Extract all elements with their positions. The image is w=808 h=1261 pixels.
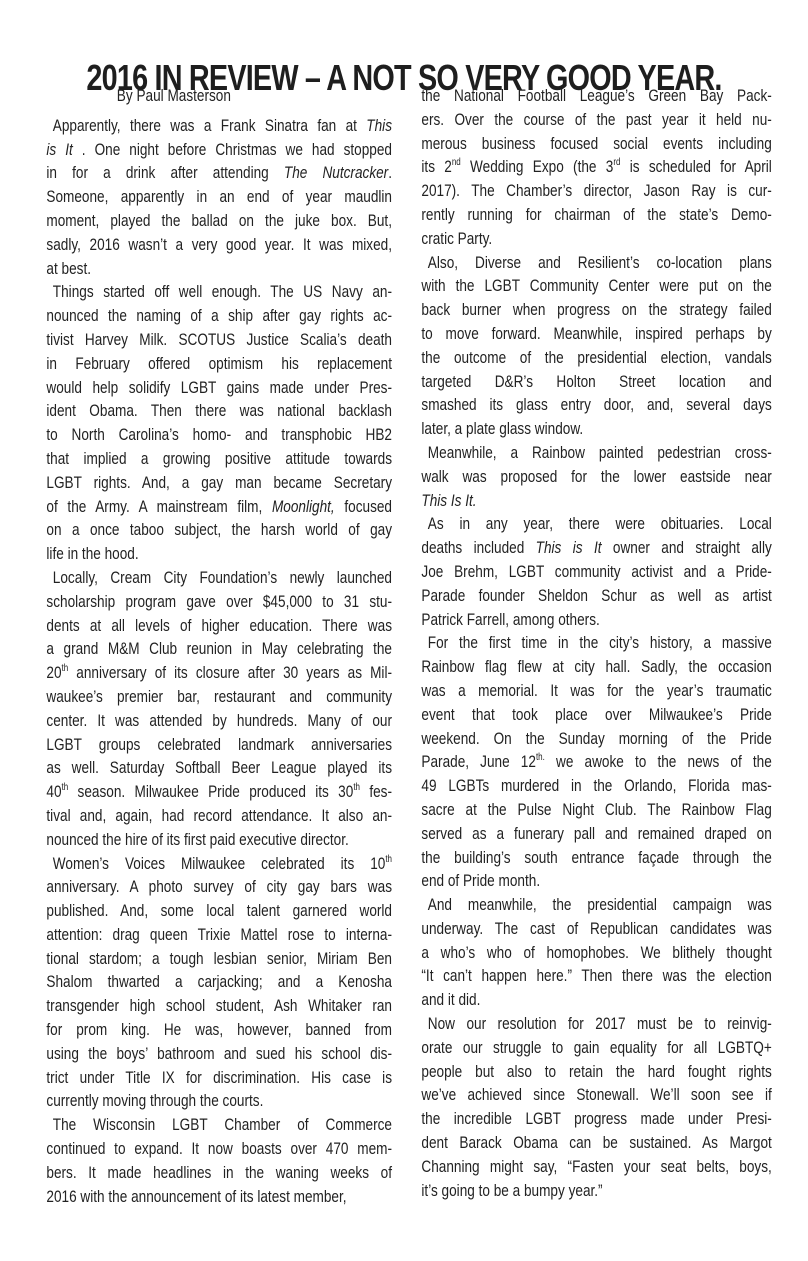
text-line: For the first time in the city’s history… xyxy=(415,631,772,655)
text-line: attention: drag queen Trixie Mattel rose… xyxy=(40,923,392,947)
text-line: walk was proposed for the lower eastside… xyxy=(415,465,772,489)
text-line: it’s going to be a bumpy year.” xyxy=(415,1179,772,1203)
text-line: and it did. xyxy=(415,988,772,1012)
article-column-left: By Paul Masterson Apparently, there was … xyxy=(40,84,392,1208)
text-line: at best. xyxy=(40,257,392,281)
text-line: rently running for chairman of the state… xyxy=(415,203,772,227)
left-paragraphs: Apparently, there was a Frank Sinatra fa… xyxy=(40,114,392,1209)
paragraph: Things started off well enough. The US N… xyxy=(40,280,392,566)
text-line: deaths included This is It owner and str… xyxy=(415,536,772,560)
text-line: And meanwhile, the presidential campaign… xyxy=(415,893,772,917)
text-line: people but also to retain the hard fough… xyxy=(415,1060,772,1084)
text-line: Things started off well enough. The US N… xyxy=(40,280,392,304)
paragraph: Now our resolution for 2017 must be to r… xyxy=(415,1012,772,1202)
text-line: underway. The cast of Republican candida… xyxy=(415,917,772,941)
text-line: waukee’s premier bar, restaurant and com… xyxy=(40,685,392,709)
text-line: scholarship program gave over $45,000 to… xyxy=(40,590,392,614)
text-line: As in any year, there were obituaries. L… xyxy=(415,512,772,536)
text-line: anniversary. A photo survey of city gay … xyxy=(40,875,392,899)
text-line: LGBT groups celebrated landmark annivers… xyxy=(40,733,392,757)
text-line: Rainbow flag flew at city hall. Sadly, t… xyxy=(415,655,772,679)
text-line: 40th season. Milwaukee Pride produced it… xyxy=(40,780,392,804)
text-line: 49 LGBTs murdered in the Orlando, Florid… xyxy=(415,774,772,798)
text-line: with the LGBT Community Center were put … xyxy=(415,274,772,298)
text-line: Joe Brehm, LGBT community activist and a… xyxy=(415,560,772,584)
text-line: LGBT rights. And, a gay man became Secre… xyxy=(40,471,392,495)
text-line: served as a funerary pall and remained d… xyxy=(415,822,772,846)
text-line: was a memorial. It was for the year’s tr… xyxy=(415,679,772,703)
text-line: currently moving through the courts. xyxy=(40,1089,392,1113)
text-line: a who’s who of homophobes. We blithely t… xyxy=(415,941,772,965)
text-line: to North Carolina’s homo- and transphobi… xyxy=(40,423,392,447)
text-line: nounced the hire of its first paid execu… xyxy=(40,828,392,852)
text-line: weekend. On the Sunday morning of the Pr… xyxy=(415,727,772,751)
text-line: Shalom thwarted a carjacking; and a Keno… xyxy=(40,970,392,994)
paragraph: Apparently, there was a Frank Sinatra fa… xyxy=(40,114,392,281)
text-line: sacre at the Pulse Night Club. The Rainb… xyxy=(415,798,772,822)
paragraph: Women’s Voices Milwaukee celebrated its … xyxy=(40,852,392,1114)
text-line: 2017). The Chamber’s director, Jason Ray… xyxy=(415,179,772,203)
text-line: life in the hood. xyxy=(40,542,392,566)
text-line: Apparently, there was a Frank Sinatra fa… xyxy=(40,114,392,138)
text-line: in February offered optimism his replace… xyxy=(40,352,392,376)
text-line: tival and, again, had record attendance.… xyxy=(40,804,392,828)
text-line: we’ve achieved since Stonewall. We’ll so… xyxy=(415,1083,772,1107)
text-line: trict under Title IX for discrimination.… xyxy=(40,1066,392,1090)
text-line: a grand M&M Club reunion in May celebrat… xyxy=(40,637,392,661)
text-line: merous business focused social events in… xyxy=(415,132,772,156)
text-line: Locally, Cream City Foundation’s newly l… xyxy=(40,566,392,590)
text-line: back burner when progress on the strateg… xyxy=(415,298,772,322)
text-line: its 2nd Wedding Expo (the 3rd is schedul… xyxy=(415,155,772,179)
paragraph: As in any year, there were obituaries. L… xyxy=(415,512,772,631)
text-line: the building’s south entrance façade thr… xyxy=(415,846,772,870)
paragraph: Also, Diverse and Resilient’s co-locatio… xyxy=(415,251,772,441)
text-line: Women’s Voices Milwaukee celebrated its … xyxy=(40,852,392,876)
text-line: end of Pride month. xyxy=(415,869,772,893)
text-line: later, a plate glass window. xyxy=(415,417,772,441)
text-line: Meanwhile, a Rainbow painted pedestrian … xyxy=(415,441,772,465)
text-line: Parade, June 12th. we awoke to the news … xyxy=(415,750,772,774)
text-line: dent Barack Obama can be sustained. As M… xyxy=(415,1131,772,1155)
text-line: center. It was attended by hundreds. Man… xyxy=(40,709,392,733)
paragraph: For the first time in the city’s history… xyxy=(415,631,772,893)
paragraph: And meanwhile, the presidential campaign… xyxy=(415,893,772,1012)
text-line: Now our resolution for 2017 must be to r… xyxy=(415,1012,772,1036)
text-line: cratic Party. xyxy=(415,227,772,251)
paragraph: the National Football League’s Green Bay… xyxy=(415,84,772,251)
text-line: on a once taboo subject, the harsh world… xyxy=(40,518,392,542)
text-line: orate our struggle to gain equality for … xyxy=(415,1036,772,1060)
paragraph: The Wisconsin LGBT Chamber of Commerceco… xyxy=(40,1113,392,1208)
text-line: event that took place over Milwaukee’s P… xyxy=(415,703,772,727)
text-line: the outcome of the presidential election… xyxy=(415,346,772,370)
text-line: targeted D&R’s Holton Street location an… xyxy=(415,370,772,394)
text-line: the National Football League’s Green Bay… xyxy=(415,84,772,108)
text-line: smashed its glass entry door, and, sever… xyxy=(415,393,772,417)
text-line: Channing might say, “Fasten your seat be… xyxy=(415,1155,772,1179)
text-line: published. And, some local talent garner… xyxy=(40,899,392,923)
text-line: tional stardom; a tough lesbian senior, … xyxy=(40,947,392,971)
text-line: Someone, apparently in an end of year ma… xyxy=(40,185,392,209)
text-line: of the Army. A mainstream film, Moonligh… xyxy=(40,495,392,519)
text-line: 20th anniversary of its closure after 30… xyxy=(40,661,392,685)
paragraph: Locally, Cream City Foundation’s newly l… xyxy=(40,566,392,852)
text-line: Also, Diverse and Resilient’s co-locatio… xyxy=(415,251,772,275)
text-line: sadly, 2016 wasn’t a very good year. It … xyxy=(40,233,392,257)
text-line: would help solidify LGBT gains made unde… xyxy=(40,376,392,400)
article-column-right: the National Football League’s Green Bay… xyxy=(415,84,772,1202)
text-line: that implied a growing positive attitude… xyxy=(40,447,392,471)
text-line: The Wisconsin LGBT Chamber of Commerce xyxy=(40,1113,392,1137)
byline: By Paul Masterson xyxy=(40,84,392,108)
text-line: ident Obama. Then there was national bac… xyxy=(40,399,392,423)
text-line: for prom king. He was, however, banned f… xyxy=(40,1018,392,1042)
text-line: is It . One night before Christmas we ha… xyxy=(40,138,392,162)
text-line: transgender high school student, Ash Whi… xyxy=(40,994,392,1018)
paragraph: Meanwhile, a Rainbow painted pedestrian … xyxy=(415,441,772,512)
text-line: to move forward. Meanwhile, inspired per… xyxy=(415,322,772,346)
right-paragraphs: the National Football League’s Green Bay… xyxy=(415,84,772,1202)
text-line: the incredible LGBT progress made under … xyxy=(415,1107,772,1131)
text-line: tivist Harvey Milk. SCOTUS Justice Scali… xyxy=(40,328,392,352)
text-line: This Is It. xyxy=(415,489,772,513)
text-line: 2016 with the announcement of its latest… xyxy=(40,1185,392,1209)
text-line: Patrick Farrell, among others. xyxy=(415,608,772,632)
text-line: Parade founder Sheldon Schur as well as … xyxy=(415,584,772,608)
text-line: bers. It made headlines in the waning we… xyxy=(40,1161,392,1185)
text-line: moment, played the ballad on the juke bo… xyxy=(40,209,392,233)
text-line: dents at all levels of higher education.… xyxy=(40,614,392,638)
text-line: ers. Over the course of the past year it… xyxy=(415,108,772,132)
text-line: “It can’t happen here.” Then there was t… xyxy=(415,964,772,988)
text-line: continued to expand. It now boasts over … xyxy=(40,1137,392,1161)
text-line: using the boys’ bathroom and sued his sc… xyxy=(40,1042,392,1066)
text-line: as well. Saturday Softball Beer League p… xyxy=(40,756,392,780)
text-line: in for a drink after attending The Nutcr… xyxy=(40,161,392,185)
text-line: nounced the naming of a ship after gay r… xyxy=(40,304,392,328)
